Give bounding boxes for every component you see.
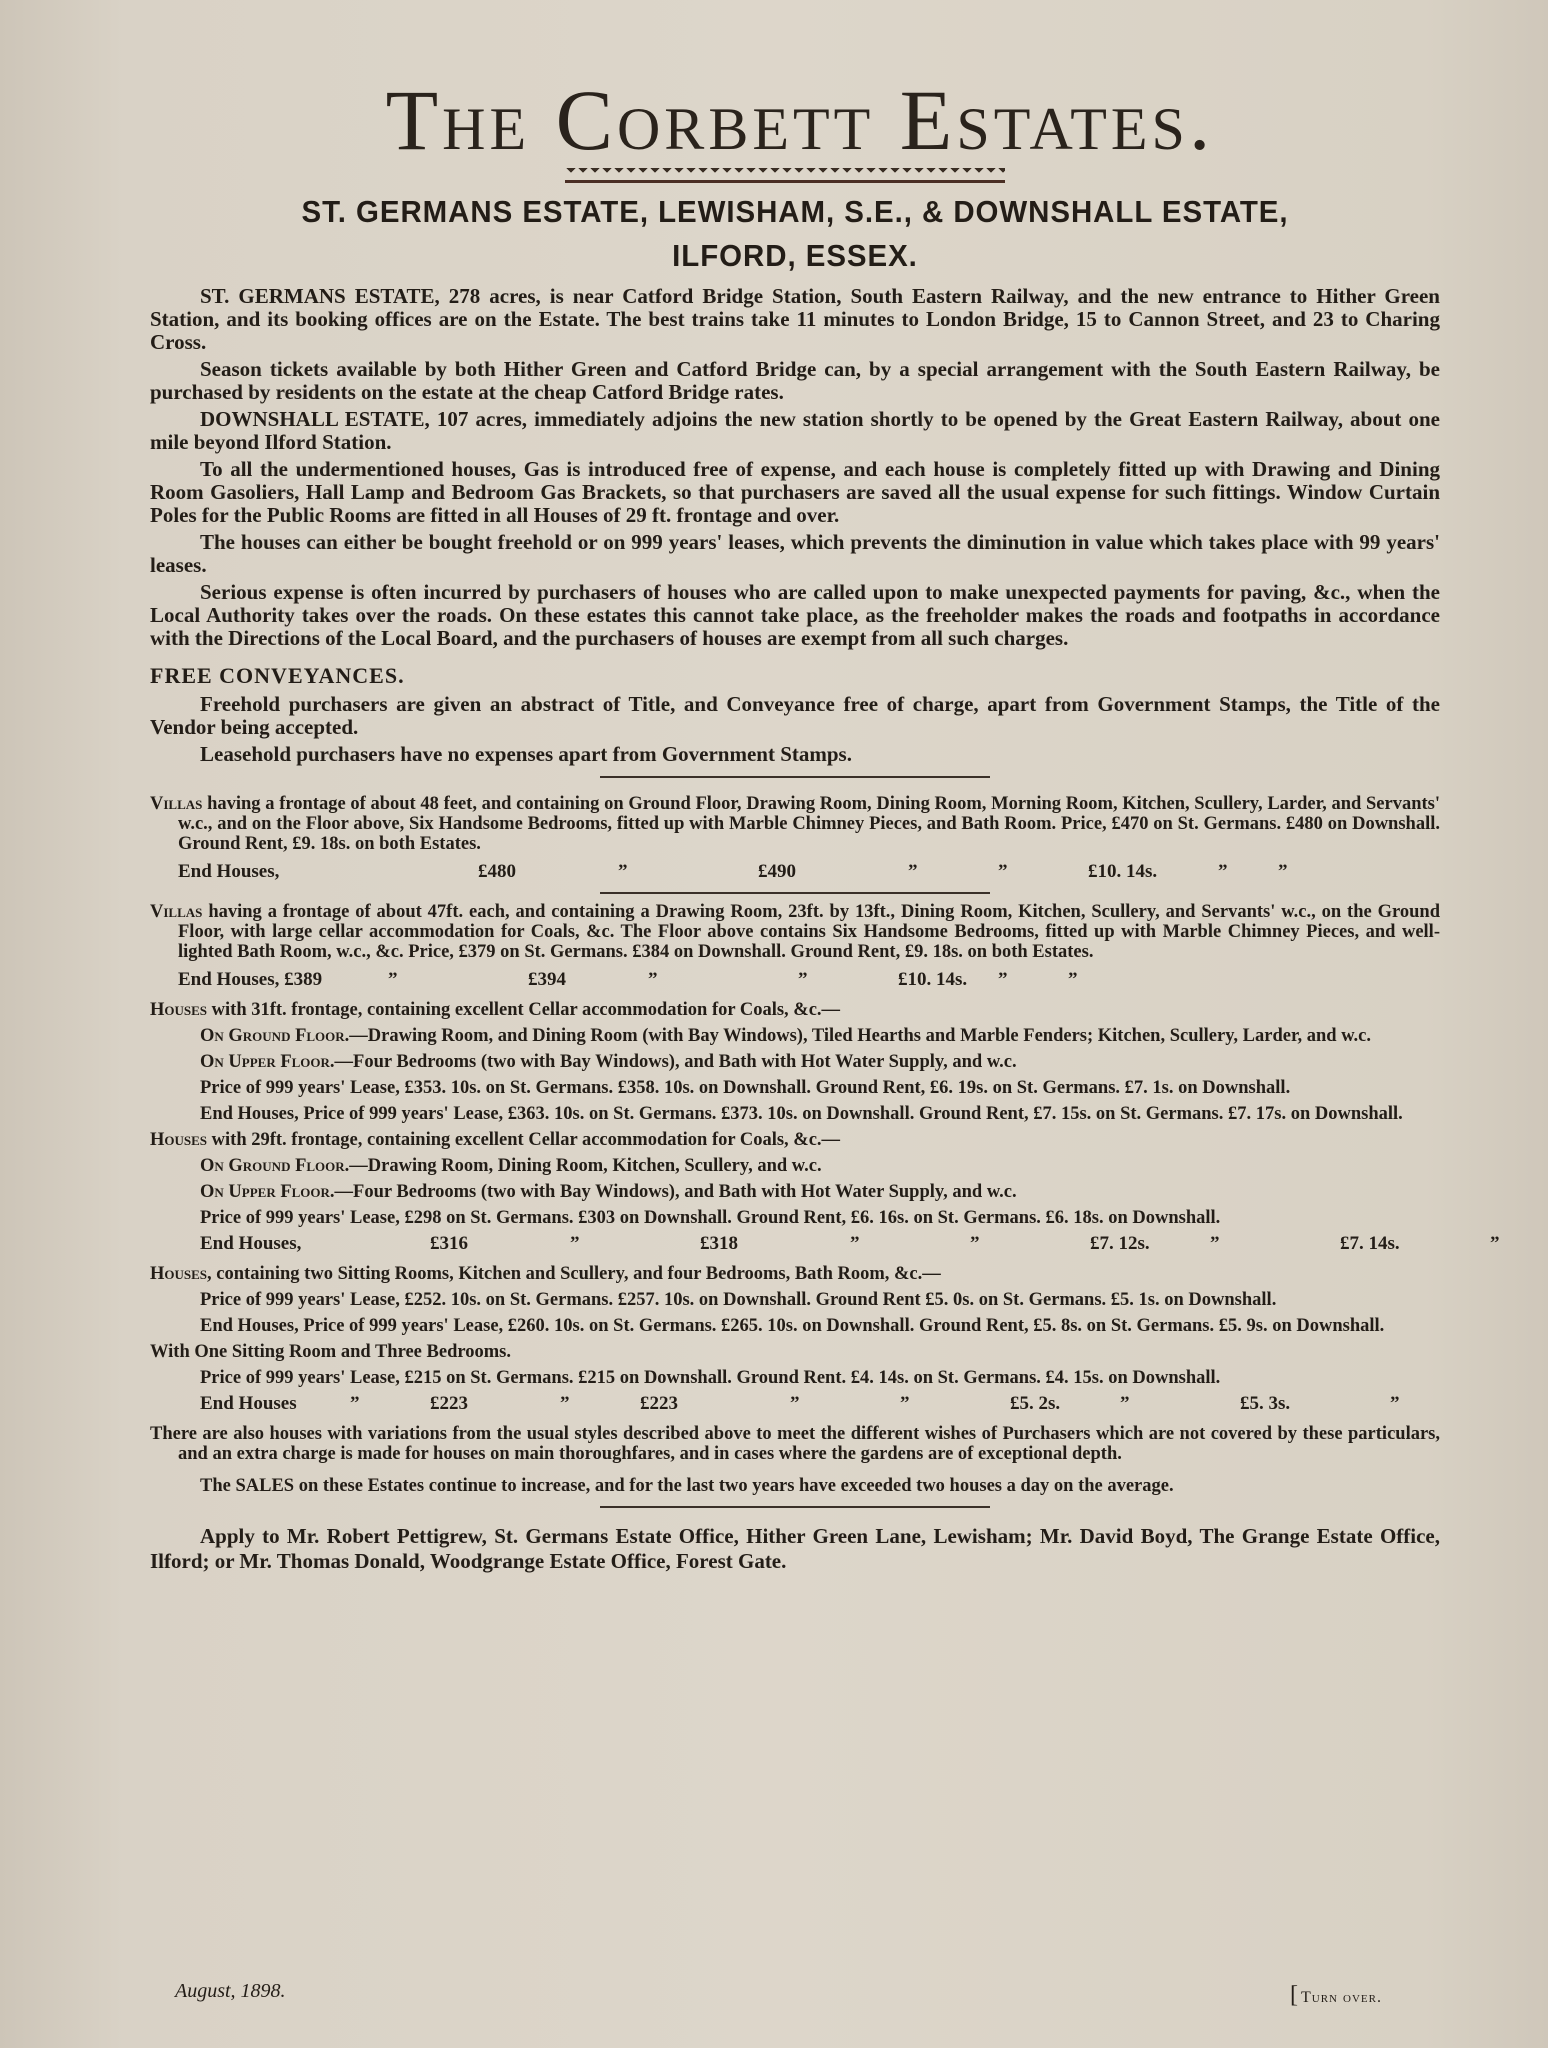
intro-paragraph: Serious expense is often incurred by pur… — [150, 581, 1440, 650]
end-houses-line: End Houses, Price of 999 years' Lease, £… — [150, 1316, 1440, 1336]
intro-paragraph: Season tickets available by both Hither … — [150, 358, 1440, 404]
decorative-rule — [565, 168, 1005, 183]
end-houses-row: End Houses, £389”£394””£10. 14s.”” — [150, 970, 1440, 990]
listing-houses-29ft: Houses with 29ft. frontage, containing e… — [150, 1130, 1440, 1150]
price-line: Price of 999 years' Lease, £298 on St. G… — [150, 1208, 1440, 1228]
listing-houses-two-sitting: Houses, containing two Sitting Rooms, Ki… — [150, 1264, 1440, 1284]
listing-houses-31ft: Houses with 31ft. frontage, containing e… — [150, 1000, 1440, 1020]
intro-paragraph: To all the undermentioned houses, Gas is… — [150, 458, 1440, 527]
end-houses-line: End Houses, Price of 999 years' Lease, £… — [150, 1104, 1440, 1124]
price-line: Price of 999 years' Lease, £252. 10s. on… — [150, 1290, 1440, 1310]
intro-paragraph: ST. GERMANS ESTATE, 278 acres, is near C… — [150, 285, 1440, 354]
variations-note: There are also houses with variations fr… — [150, 1424, 1440, 1464]
price-line: Price of 999 years' Lease, £353. 10s. on… — [150, 1078, 1440, 1098]
ground-floor-description: On Ground Floor.—Drawing Room, Dining Ro… — [150, 1156, 1440, 1176]
turn-over-note: Turn over. — [1290, 1982, 1382, 2009]
end-houses-row: End Houses”£223”£223””£5. 2s.”£5. 3s.” — [150, 1394, 1440, 1414]
end-houses-row: End Houses,£316”£318””£7. 12s.”£7. 14s.” — [150, 1234, 1440, 1254]
ground-floor-description: On Ground Floor.—Drawing Room, and Dinin… — [150, 1026, 1440, 1046]
apply-contacts: Apply to Mr. Robert Pettigrew, St. Germa… — [150, 1524, 1440, 1574]
conveyance-paragraph: Freehold purchasers are given an abstrac… — [150, 693, 1440, 739]
upper-floor-description: On Upper Floor.—Four Bedrooms (two with … — [150, 1182, 1440, 1202]
subtitle: ST. GERMANS ESTATE, LEWISHAM, S.E., & DO… — [182, 190, 1408, 278]
section-heading: FREE CONVEYANCES. — [150, 664, 1440, 687]
listing-villas-48ft: Villas having a frontage of about 48 fee… — [150, 794, 1440, 854]
sales-note: The SALES on these Estates continue to i… — [150, 1476, 1440, 1496]
intro-paragraph: DOWNSHALL ESTATE, 107 acres, immediately… — [150, 408, 1440, 454]
divider — [600, 892, 990, 894]
publication-date: August, 1898. — [175, 1980, 286, 2003]
end-houses-row: End Houses,£480”£490””£10. 14s.”” — [150, 862, 1440, 882]
document-body: ST. GERMANS ESTATE, 278 acres, is near C… — [150, 285, 1440, 1578]
divider — [600, 776, 990, 778]
listing-one-sitting: With One Sitting Room and Three Bedrooms… — [150, 1342, 1440, 1362]
upper-floor-description: On Upper Floor.—Four Bedrooms (two with … — [150, 1052, 1440, 1072]
page-title: The Corbett Estates. — [250, 70, 1350, 170]
intro-paragraph: The houses can either be bought freehold… — [150, 531, 1440, 577]
listing-villas-47ft: Villas having a frontage of about 47ft. … — [150, 902, 1440, 962]
listings: Villas having a frontage of about 48 fee… — [150, 794, 1440, 1496]
price-line: Price of 999 years' Lease, £215 on St. G… — [150, 1368, 1440, 1388]
conveyance-paragraph: Leasehold purchasers have no expenses ap… — [150, 743, 1440, 766]
divider — [600, 1506, 990, 1508]
